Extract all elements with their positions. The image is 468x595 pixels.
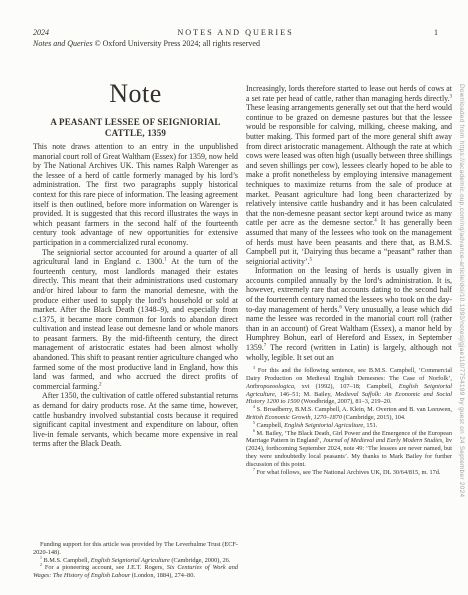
funding-note: Funding support for this article was pro… (33, 541, 238, 557)
right-column: Increasingly, lords therefore started to… (246, 84, 452, 476)
footnote-6: 6 M. Bailey, ‘The Black Death, Girl Powe… (246, 430, 452, 469)
journal-title: NOTES AND QUERIES (177, 28, 293, 37)
paragraph: The seigniorial sector accounted for aro… (33, 248, 238, 392)
left-footnotes: Funding support for this article was pro… (33, 541, 238, 588)
paragraph: After 1350, the cultivation of cattle of… (33, 391, 238, 449)
right-footnotes: 3 For this and the following sentence, s… (246, 367, 452, 476)
paragraph: This note draws attention to an entry in… (33, 142, 238, 248)
page-number: 1 (434, 28, 438, 37)
journal-page: 2024 NOTES AND QUERIES 1 Notes and Queri… (0, 0, 468, 595)
running-head: 2024 NOTES AND QUERIES 1 (33, 28, 438, 37)
left-column: Note A PEASANT LESSEE OF SEIGNIORIAL CAT… (33, 80, 238, 588)
article-title: A PEASANT LESSEE OF SEIGNIORIAL CATTLE, … (33, 117, 238, 139)
footnote-2: 2 For a pioneering account, see J.E.T. R… (33, 564, 238, 580)
paragraph: Increasingly, lords therefore started to… (246, 84, 452, 266)
paragraph: Information on the leasing of herds is u… (246, 266, 452, 362)
footnote-3: 3 For this and the following sentence, s… (246, 367, 452, 406)
running-head-year: 2024 (33, 28, 49, 37)
section-heading: Note (33, 80, 238, 108)
footnote-7: 7 For what follows, see The National Arc… (246, 469, 452, 477)
download-watermark: Downloaded from https://academic.oup.com… (458, 84, 465, 589)
footnote-5: 5 Campbell, English Seigniorial Agricult… (246, 422, 452, 430)
footnote-4: 4 S. Broadberry, B.M.S. Campbell, A. Kle… (246, 406, 452, 422)
copyright-line: Notes and Queries © Oxford University Pr… (33, 39, 260, 48)
